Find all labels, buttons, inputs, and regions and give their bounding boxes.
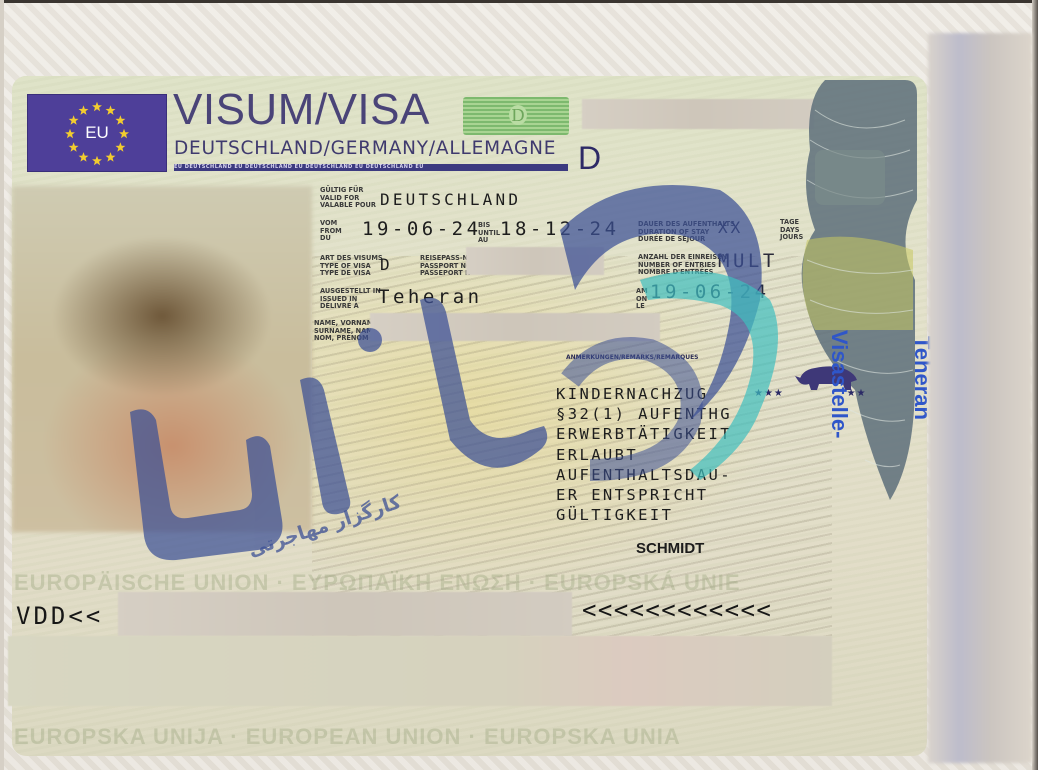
passport-no-redacted — [466, 247, 604, 275]
issued-in-value: Teheran — [378, 288, 483, 307]
from-label: VOM FROM DU — [320, 220, 342, 243]
entries-value: MULT — [718, 252, 778, 271]
issued-on-label: AM ON LE — [636, 288, 648, 311]
facing-page-redacted — [928, 33, 1032, 763]
background-microtext: EUROPSKA UNIJA · EUROPEAN UNION · EUROPS… — [14, 724, 681, 750]
visa-category-code: D — [578, 142, 601, 174]
valid-for-label: GÜLTIG FÜR VALID FOR VALABLE POUR — [320, 187, 376, 210]
name-label: NAME, VORNAME SURNAME, NAME NOM, PRÉNOM — [314, 320, 378, 343]
mrz-line-2-redacted — [8, 636, 832, 706]
security-pattern-icon — [795, 80, 920, 500]
mrz-line-1-prefix: VDD<< — [16, 604, 103, 628]
holder-photo-blurred — [12, 186, 312, 532]
mrz-line-1-redacted — [118, 592, 572, 636]
page-edge — [0, 0, 4, 770]
page-edge — [0, 0, 1038, 3]
officer-signature: SCHMIDT — [636, 540, 704, 557]
issued-in-label: AUSGESTELLT IN ISSUED IN DÉLIVRÉ À — [320, 288, 381, 311]
entries-label: ANZAHL DER EINREISEN NUMBER OF ENTRIES N… — [638, 254, 727, 277]
until-value: 18-12-24 — [500, 220, 620, 239]
until-label: BIS UNTIL AU — [478, 222, 500, 245]
name-redacted — [370, 313, 660, 341]
issued-on-value: 19-06-24 — [650, 283, 770, 302]
valid-for-value: DEUTSCHLAND — [380, 192, 521, 208]
from-value: 19-06-24 — [362, 220, 482, 239]
visa-number-redacted — [582, 99, 814, 129]
remarks-text: KINDERNACHZUG §32(1) AUFENTHG ERWERBTÄTI… — [556, 384, 732, 525]
consulate-stamp-text: Visastelle- — [826, 330, 852, 438]
type-of-visa-label: ART DES VISUMS TYPE OF VISA TYPE DE VISA — [320, 255, 383, 278]
duration-value: XX — [718, 220, 743, 236]
issuing-country: DEUTSCHLAND/GERMANY/ALLEMAGNE — [174, 140, 556, 159]
mrz-line-1-filler: <<<<<<<<<<<< — [582, 598, 772, 622]
remarks-label: ANMERKUNGEN/REMARKS/REMARQUES — [566, 354, 699, 361]
hologram-letter: D — [509, 105, 527, 125]
page-edge — [1032, 0, 1038, 770]
type-of-visa-value: D — [380, 257, 393, 273]
hologram-icon: D — [463, 97, 569, 135]
microprint-band: EU DEUTSCHLAND EU DEUTSCHLAND EU DEUTSCH… — [174, 164, 568, 171]
eu-label: EU — [28, 123, 166, 143]
visa-title: VISUM/VISA — [173, 88, 430, 132]
eu-flag-icon: EU — [27, 94, 167, 172]
